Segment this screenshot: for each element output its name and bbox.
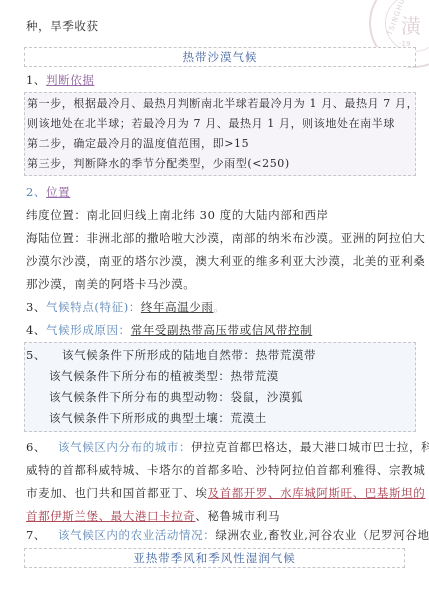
latitude-text: 南北回归线上南北纬 30 度的大陆内部和西岸: [87, 208, 329, 222]
item4-line: 4、气候形成原因：常年受副热带高压带或信风带控制: [26, 322, 312, 338]
seal-char: 潢: [401, 10, 421, 39]
item5-number: 5、: [26, 348, 46, 362]
item3-label: 气候特点(特征)：: [46, 300, 141, 314]
item2-number: 2、: [26, 185, 46, 199]
item6-line3: 市麦加、也门共和国首都亚丁、埃及首都开罗、水库城阿斯旺、巴基斯坦的: [26, 485, 425, 501]
item6-line2: 威特的首都科威特城、卡塔尔的首都多哈、沙特阿拉伯首都利雅得、宗教城: [26, 462, 425, 478]
item7-number: 7、: [26, 528, 46, 542]
item5-line4: 该气候条件下所形成的典型土壤：荒漠土: [49, 410, 267, 426]
step2-line: 第二步，确定最冷月的温度值范围，即>15: [27, 136, 249, 152]
item5-line3: 该气候条件下所分布的典型动物：袋鼠，沙漠狐: [49, 389, 303, 405]
land-sea-label: 海陆位置：: [26, 231, 87, 245]
latitude-label: 纬度位置：: [26, 208, 87, 222]
item2-heading: 2、位置: [26, 184, 70, 200]
land-sea-line1: 海陆位置：非洲北部的撒哈啦大沙漠，南部的纳米布沙漠。亚洲的阿拉伯大: [26, 230, 425, 246]
item5-text-1: 该气候条件下所形成的陆地自然带：热带荒漠带: [62, 348, 316, 362]
item6-line4: 首都伊斯兰堡、最大港口卡拉奇、秘鲁城市利马: [26, 508, 280, 524]
item1-number: 1、: [26, 73, 46, 87]
next-section-heading: 亚热带季风和季风性湿润气候: [25, 550, 404, 566]
step1-line2: 则该地处在北半球；若最冷月为 7 月、最热月 1 月，则该地处在南半球: [27, 116, 395, 132]
item4-number: 4、: [26, 323, 46, 337]
item6-line3-red: 及首都开罗、水库城阿斯旺、巴基斯坦的: [208, 486, 426, 500]
item6-line3-plain: 市麦加、也门共和国首都亚丁、埃: [26, 486, 208, 500]
item3-tail: 。: [214, 300, 226, 314]
item6-text-1: 伊拉克首都巴格达，最大港口城市巴士拉，科: [191, 440, 429, 454]
intro-tail-text: 种，旱季收获: [26, 18, 99, 34]
section-heading: 热带沙漠气候: [25, 49, 415, 65]
land-sea-text-1: 非洲北部的撒哈啦大沙漠，南部的纳米布沙漠。亚洲的阿拉伯大: [87, 231, 426, 245]
land-sea-line3: 那沙漠，南美的阿塔卡马沙漠。: [26, 276, 195, 292]
item6-line4-plain: 、秘鲁城市利马: [195, 509, 280, 523]
latitude-line: 纬度位置：南北回归线上南北纬 30 度的大陆内部和西岸: [26, 207, 329, 223]
land-sea-line2: 沙漠尔沙漠，南亚的塔尔沙漠，澳大利亚的维多利亚大沙漠，北美的亚利桑: [26, 253, 425, 269]
item1-heading: 1、判断依据: [26, 72, 94, 88]
item3-value: 终年高温少雨: [141, 300, 214, 314]
item6-number: 6、: [26, 440, 46, 454]
item1-title: 判断依据: [46, 73, 94, 87]
item7-line: 7、该气候区内的农业活动情况：绿洲农业,畜牧业,河谷农业（尼罗河谷地）: [26, 527, 429, 543]
item7-label: 该气候区内的农业活动情况：: [58, 528, 215, 542]
section-heading-box: 热带沙漠气候: [24, 47, 416, 67]
item2-title: 位置: [46, 185, 70, 199]
item6-label: 该气候区内分布的城市：: [58, 440, 191, 454]
item4-value: 常年受副热带高压带或信风带控制: [131, 323, 313, 337]
item6-line4-red: 首都伊斯兰堡、最大港口卡拉奇: [26, 509, 195, 523]
item7-value: 绿洲农业,畜牧业,河谷农业（尼罗河谷地）: [215, 528, 429, 542]
step1-line1: 第一步，根据最冷月、最热月判断南北半球若最冷月为 1 月、最热月 7 月，: [27, 96, 418, 112]
item4-label: 气候形成原因：: [46, 323, 131, 337]
item5-line2: 该气候条件下所分布的植被类型：热带荒漠: [49, 368, 279, 384]
step3-line: 第三步，判断降水的季节分配类型，少雨型(<250): [27, 156, 290, 172]
next-section-heading-box: 亚热带季风和季风性湿润气候: [24, 548, 405, 568]
item5-line1: 5、该气候条件下所形成的陆地自然带：热带荒漠带: [26, 347, 316, 363]
item6-line1: 6、该气候区内分布的城市：伊拉克首都巴格达，最大港口城市巴士拉，科: [26, 439, 429, 455]
item3-line: 3、气候特点(特征)：终年高温少雨。: [26, 299, 226, 315]
document-page: TSINGHUA 潢 -19 种，旱季收获 热带沙漠气候 1、判断依据 第一步，…: [0, 0, 429, 600]
item3-number: 3、: [26, 300, 46, 314]
